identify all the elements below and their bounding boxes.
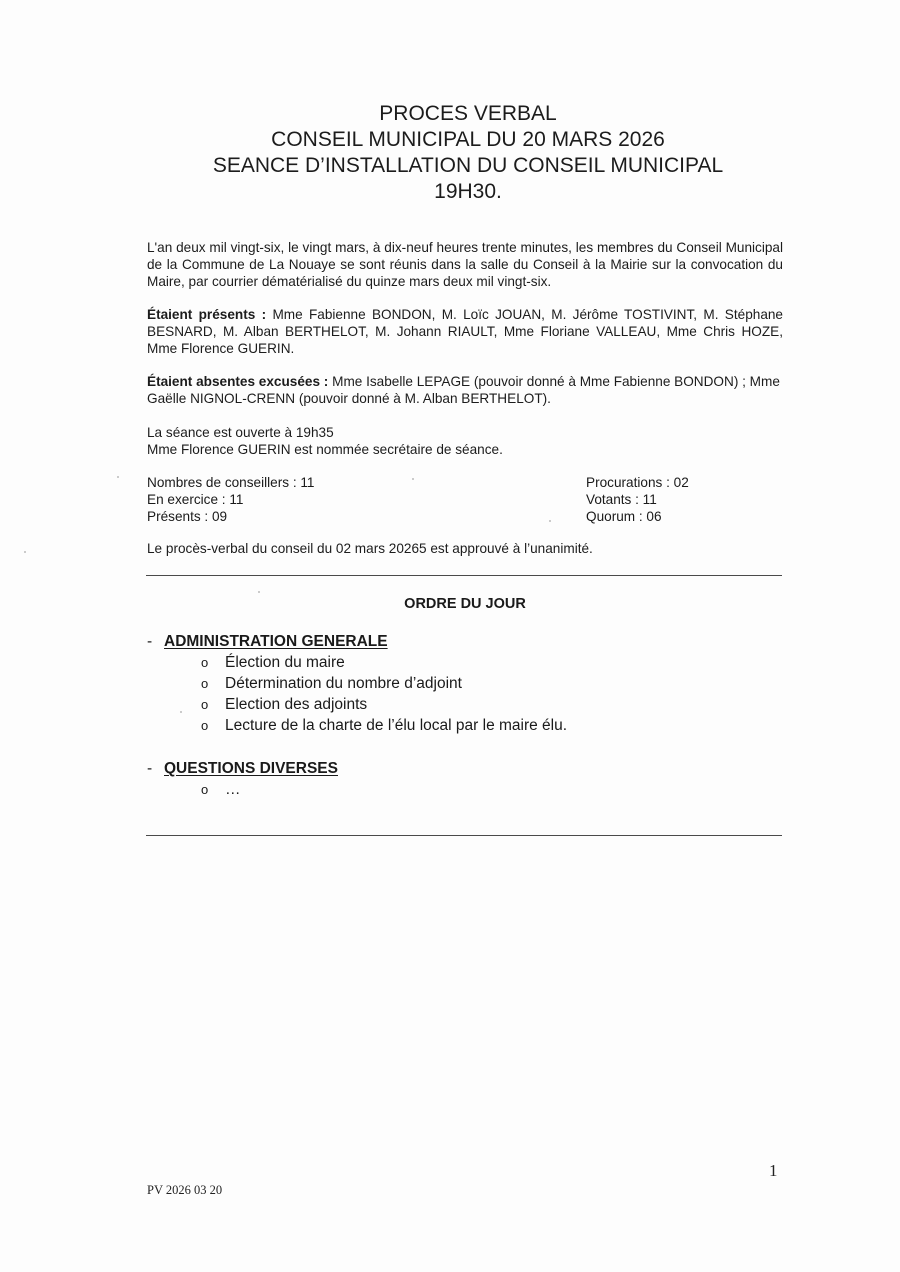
scan-speck xyxy=(412,478,414,480)
item-text: Détermination du nombre d’adjoint xyxy=(225,673,462,694)
count-exercice: En exercice : 11 xyxy=(147,491,314,508)
intro-paragraph: L'an deux mil vingt-six, le vingt mars, … xyxy=(147,239,783,290)
scan-speck xyxy=(24,551,26,553)
presents-label: Étaient présents : xyxy=(147,307,266,322)
document-title: PROCES VERBAL CONSEIL MUNICIPAL DU 20 MA… xyxy=(0,101,900,205)
title-line-2: CONSEIL MUNICIPAL DU 20 MARS 2026 xyxy=(0,127,900,153)
section-label: ADMINISTRATION GENERALE xyxy=(164,632,388,652)
count-presents: Présents : 09 xyxy=(147,508,314,525)
scan-speck xyxy=(117,476,119,478)
item-text: Election des adjoints xyxy=(225,694,367,715)
footer-reference: PV 2026 03 20 xyxy=(147,1183,222,1198)
item-text: … xyxy=(225,779,241,800)
page-number: 1 xyxy=(769,1161,778,1181)
secretary-line: Mme Florence GUERIN est nommée secrétair… xyxy=(147,441,783,458)
opening-block: La séance est ouverte à 19h35 Mme Floren… xyxy=(147,424,783,458)
count-votants: Votants : 11 xyxy=(586,491,689,508)
title-line-1: PROCES VERBAL xyxy=(0,101,900,127)
count-conseillers: Nombres de conseillers : 11 xyxy=(147,474,314,491)
absents-paragraph: Étaient absentes excusées : Mme Isabelle… xyxy=(147,373,783,407)
circle-bullet-icon: o xyxy=(201,779,208,800)
item-text: Élection du maire xyxy=(225,652,345,673)
approval-line: Le procès-verbal du conseil du 02 mars 2… xyxy=(147,540,783,557)
presents-paragraph: Étaient présents : Mme Fabienne BONDON, … xyxy=(147,306,783,357)
divider-bottom xyxy=(146,835,782,836)
scan-speck xyxy=(258,591,260,593)
title-line-3: SEANCE D’INSTALLATION DU CONSEIL MUNICIP… xyxy=(0,153,900,179)
dash-bullet: - xyxy=(147,632,152,652)
agenda-title: ORDRE DU JOUR xyxy=(0,595,900,613)
count-procurations: Procurations : 02 xyxy=(586,474,689,491)
divider-top xyxy=(146,575,782,576)
title-line-4: 19H30. xyxy=(0,179,900,205)
circle-bullet-icon: o xyxy=(201,715,208,736)
count-quorum: Quorum : 06 xyxy=(586,508,689,525)
circle-bullet-icon: o xyxy=(201,673,208,694)
counts-right: Procurations : 02 Votants : 11 Quorum : … xyxy=(586,474,689,525)
circle-bullet-icon: o xyxy=(201,652,208,673)
item-text: Lecture de la charte de l’élu local par … xyxy=(225,715,567,736)
counts-left: Nombres de conseillers : 11 En exercice … xyxy=(147,474,314,525)
document-page: PROCES VERBAL CONSEIL MUNICIPAL DU 20 MA… xyxy=(0,0,900,1272)
circle-bullet-icon: o xyxy=(201,694,208,715)
dash-bullet: - xyxy=(147,759,152,779)
absents-label: Étaient absentes excusées : xyxy=(147,374,328,389)
scan-speck xyxy=(549,520,551,522)
section-label: QUESTIONS DIVERSES xyxy=(164,759,338,779)
scan-speck xyxy=(180,711,182,713)
opening-time: La séance est ouverte à 19h35 xyxy=(147,424,783,441)
